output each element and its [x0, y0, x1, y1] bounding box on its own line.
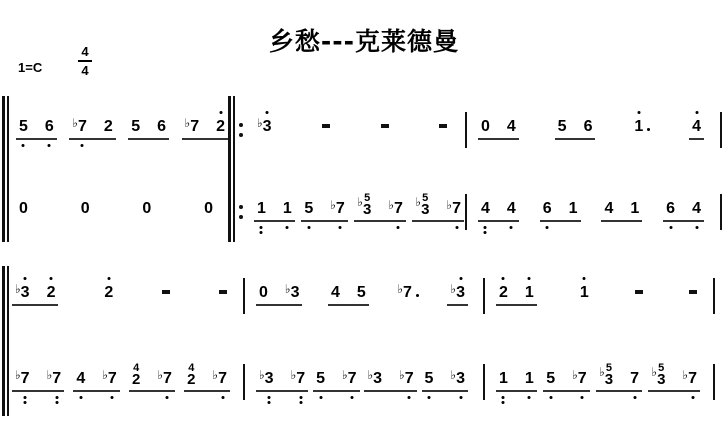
note: ♭3: [285, 285, 300, 301]
augmentation-dot: [416, 294, 419, 297]
note-digit: 3: [373, 371, 382, 387]
note-digit: 7: [163, 371, 172, 387]
note: ♭7: [102, 371, 117, 387]
note-group: 42♭7: [184, 363, 230, 392]
note-digit: 7: [348, 371, 357, 387]
note-group: 11: [254, 201, 295, 222]
sustain-dash: [439, 124, 447, 128]
note-digit: 6: [45, 119, 54, 135]
note-group: ♭3♭7: [256, 371, 308, 392]
octave-dot-below: [268, 396, 271, 399]
note-digit: 7: [688, 371, 697, 387]
note-group: [436, 124, 450, 140]
note-digit: 1: [283, 201, 292, 217]
note: ♭7: [291, 371, 306, 387]
repeat-barline: [228, 96, 231, 242]
octave-dot-below: [22, 144, 25, 147]
note-group: ♭72: [69, 119, 115, 140]
note-digit: 4: [692, 119, 701, 135]
note-group: ♭53♭7: [412, 193, 464, 222]
note: 1: [283, 201, 292, 217]
measure-barline: [720, 194, 722, 230]
measure-barline: [243, 278, 245, 314]
chord: 42: [132, 363, 140, 387]
measure: ♭3: [254, 106, 450, 140]
note: 1: [634, 119, 650, 135]
note-group: [686, 290, 700, 306]
note-group: 42♭7: [129, 363, 175, 392]
note: ♭7: [682, 371, 697, 387]
time-signature: 4 4: [76, 44, 94, 78]
note-group: 21: [496, 285, 537, 306]
time-signature-line: [78, 60, 92, 62]
note-digit: 2: [499, 285, 508, 301]
note-group: [216, 290, 230, 306]
note-group: 1: [631, 119, 653, 140]
note: ♭7: [15, 371, 30, 387]
note-group: ♭53♭7: [354, 193, 406, 222]
octave-dot-below: [221, 396, 224, 399]
note: ♭7: [342, 371, 357, 387]
note-digit: 3: [456, 371, 465, 387]
octave-dot-below: [24, 396, 27, 399]
sustain-dash: [689, 290, 697, 294]
note-digit: 5: [425, 371, 434, 387]
octave-dot-below: [319, 396, 322, 399]
note-group: ♭3: [447, 285, 468, 306]
note: 5: [131, 119, 140, 135]
rest: 0: [204, 201, 213, 217]
chord: 53: [657, 363, 665, 387]
sustain-dash: [322, 124, 330, 128]
note-digit: 0: [204, 201, 213, 217]
note-group: 56: [16, 119, 57, 140]
note-digit: 3: [265, 371, 274, 387]
key-signature: 1=C: [18, 60, 42, 75]
octave-dot-below: [307, 226, 310, 229]
octave-dot-below: [397, 226, 400, 229]
note-group: 5♭3: [422, 371, 468, 392]
note: ♭7: [72, 119, 87, 135]
octave-dot-below: [299, 396, 302, 399]
note-digit: 3: [291, 285, 300, 301]
note-group: 11: [496, 371, 537, 392]
measure: ♭7♭74♭742♭742♭7: [12, 358, 230, 392]
measure-barline: [713, 364, 715, 400]
note-digit: 5: [131, 119, 140, 135]
note: 42: [132, 363, 140, 387]
measure: 115♭7♭537♭53♭7: [496, 358, 700, 392]
octave-dot-above: [502, 277, 505, 280]
note-digit: 4: [507, 201, 516, 217]
octave-dot-above: [24, 277, 27, 280]
octave-dot-below: [268, 401, 271, 404]
note-group: 1: [577, 285, 592, 306]
note-digit: 4: [604, 201, 613, 217]
note-digit: 6: [666, 201, 675, 217]
note: 7: [630, 371, 639, 387]
octave-dot-above: [107, 277, 110, 280]
sustain-dash: [219, 290, 227, 294]
note: 1: [257, 201, 266, 217]
note-digit: 4: [76, 371, 85, 387]
octave-dot-below: [299, 401, 302, 404]
note-digit: 7: [403, 285, 412, 301]
chord: 53: [605, 363, 613, 387]
note-group: 0♭3: [256, 285, 302, 306]
measure-barline: [465, 194, 467, 230]
note-digit: 3: [456, 285, 465, 301]
octave-dot-below: [166, 396, 169, 399]
rest: 0: [81, 201, 90, 217]
time-signature-denominator: 4: [76, 63, 94, 78]
note: ♭7: [185, 119, 200, 135]
note-digit: 1: [257, 201, 266, 217]
note-digit: 1: [569, 201, 578, 217]
note-digit: 7: [336, 201, 345, 217]
rest: 0: [481, 119, 490, 135]
note-digit: 3: [21, 285, 30, 301]
note-digit: 7: [108, 371, 117, 387]
note-digit: 2: [104, 119, 113, 135]
note-digit: 1: [580, 285, 589, 301]
song-title: 乡愁---克莱德曼: [0, 22, 728, 58]
note: 2: [499, 285, 508, 301]
measure: ♭3♭75♭7♭3♭75♭3: [256, 358, 468, 392]
note-group: ♭3♭7: [364, 371, 416, 392]
note-digit: 7: [52, 371, 61, 387]
note-digit: 0: [81, 201, 90, 217]
measure: 045614: [478, 106, 704, 140]
note-group: 64: [663, 201, 704, 222]
measure-barline: [713, 278, 715, 314]
octave-dot-below: [260, 231, 263, 234]
note: 5: [304, 201, 313, 217]
note: ♭7: [399, 371, 414, 387]
repeat-barline: [233, 96, 235, 242]
note-digit: 5: [558, 119, 567, 135]
note: 6: [584, 119, 593, 135]
measure-barline: [465, 112, 467, 148]
augmentation-dot: [647, 128, 650, 131]
note-digit: 0: [142, 201, 151, 217]
note-group: 4♭7: [73, 371, 119, 392]
note-digit: 2: [216, 119, 225, 135]
measure: 211: [496, 272, 700, 306]
note-group: 61: [540, 201, 581, 222]
octave-dot-below: [111, 396, 114, 399]
octave-dot-below: [408, 396, 411, 399]
chord-bottom-digit: 3: [657, 373, 665, 387]
note-group: 0: [78, 201, 93, 222]
note-digit: 1: [499, 371, 508, 387]
note-digit: 2: [104, 285, 113, 301]
note-group: 0: [16, 201, 31, 222]
system-start-barline: [7, 96, 9, 242]
note-group: ♭53♭7: [648, 363, 700, 392]
measure: 56♭7256♭72: [16, 106, 228, 140]
note-digit: 5: [19, 119, 28, 135]
repeat-dot: [239, 205, 243, 209]
measure: 0000: [16, 188, 216, 222]
note: 6: [666, 201, 675, 217]
octave-dot-below: [484, 231, 487, 234]
note-digit: 7: [296, 371, 305, 387]
note-digit: 5: [304, 201, 313, 217]
octave-dot-below: [455, 226, 458, 229]
octave-dot-below: [48, 144, 51, 147]
note-digit: 5: [316, 371, 325, 387]
note: 4: [692, 119, 701, 135]
sustain-dash: [162, 290, 170, 294]
measure: ♭322: [12, 272, 230, 306]
note: 5: [316, 371, 325, 387]
note-digit: 7: [405, 371, 414, 387]
rest: 0: [142, 201, 151, 217]
note: 1: [499, 371, 508, 387]
note-digit: 4: [507, 119, 516, 135]
note-digit: 0: [259, 285, 268, 301]
note-group: 44: [478, 201, 519, 222]
note: 6: [45, 119, 54, 135]
octave-dot-below: [546, 226, 549, 229]
chord-bottom-digit: 2: [132, 373, 140, 387]
note-group: 45: [328, 285, 369, 306]
chord: 53: [363, 193, 371, 217]
note: 4: [692, 201, 701, 217]
note: ♭3: [257, 119, 272, 135]
octave-dot-below: [633, 396, 636, 399]
note-group: 5♭7: [313, 371, 359, 392]
octave-dot-above: [583, 277, 586, 280]
octave-dot-above: [50, 277, 53, 280]
measure: 44614164: [478, 188, 704, 222]
note-group: ♭32: [12, 285, 58, 306]
octave-dot-above: [528, 277, 531, 280]
note: 4: [76, 371, 85, 387]
octave-dot-above: [637, 111, 640, 114]
note: ♭7: [47, 371, 62, 387]
note-digit: 4: [331, 285, 340, 301]
sheet-music-page: 乡愁---克莱德曼 1=C 4 4 56♭7256♭72♭30456140000…: [0, 0, 728, 421]
note-digit: 7: [78, 119, 87, 135]
octave-dot-below: [81, 144, 84, 147]
note-digit: 7: [578, 371, 587, 387]
chord: 42: [187, 363, 195, 387]
octave-dot-above: [695, 111, 698, 114]
note: ♭3: [259, 371, 274, 387]
note: 5: [425, 371, 434, 387]
note: 2: [47, 285, 56, 301]
octave-dot-below: [502, 401, 505, 404]
octave-dot-below: [691, 396, 694, 399]
octave-dot-below: [339, 226, 342, 229]
octave-dot-below: [510, 226, 513, 229]
note: ♭3: [15, 285, 30, 301]
repeat-dot: [239, 215, 243, 219]
note-digit: 4: [692, 201, 701, 217]
note-group: [378, 124, 392, 140]
note: 2: [216, 119, 225, 135]
note: 2: [104, 119, 113, 135]
note: ♭53: [357, 193, 371, 217]
chord: 53: [421, 193, 429, 217]
system-start-barline: [2, 96, 5, 242]
note-digit: 5: [357, 285, 366, 301]
note: ♭7: [388, 201, 403, 217]
note-digit: 0: [19, 201, 28, 217]
note: 4: [604, 201, 613, 217]
chord-bottom-digit: 2: [187, 373, 195, 387]
note-group: 2: [101, 285, 116, 306]
time-signature-numerator: 4: [76, 44, 94, 59]
note: 1: [525, 371, 534, 387]
chord-bottom-digit: 3: [363, 203, 371, 217]
octave-dot-below: [55, 401, 58, 404]
note: 2: [104, 285, 113, 301]
note: 1: [580, 285, 589, 301]
note: ♭53: [599, 363, 613, 387]
note: 5: [558, 119, 567, 135]
octave-dot-above: [266, 111, 269, 114]
rest: 0: [19, 201, 28, 217]
system-start-barline: [7, 266, 9, 416]
note-digit: 6: [543, 201, 552, 217]
note-digit: 2: [47, 285, 56, 301]
note-digit: 7: [218, 371, 227, 387]
note-digit: 7: [21, 371, 30, 387]
note-digit: 6: [584, 119, 593, 135]
octave-dot-below: [79, 396, 82, 399]
octave-dot-below: [351, 396, 354, 399]
note-digit: 5: [546, 371, 555, 387]
octave-dot-below: [459, 396, 462, 399]
octave-dot-below: [669, 226, 672, 229]
measure-barline: [483, 364, 485, 400]
system-2: ♭3220♭345♭7♭3211♭7♭74♭742♭742♭7♭3♭75♭7♭3…: [0, 266, 728, 416]
note: 1: [569, 201, 578, 217]
rest: 0: [259, 285, 268, 301]
octave-dot-below: [502, 396, 505, 399]
measure-barline: [243, 364, 245, 400]
note-group: [632, 290, 646, 306]
note: ♭3: [367, 371, 382, 387]
octave-dot-below: [484, 226, 487, 229]
note-group: ♭3: [254, 119, 275, 140]
note-group: 0: [139, 201, 154, 222]
octave-dot-below: [528, 396, 531, 399]
note-digit: 4: [481, 201, 490, 217]
note-digit: 3: [263, 119, 272, 135]
octave-dot-below: [24, 401, 27, 404]
note-group: 4: [689, 119, 704, 140]
note-group: 56: [555, 119, 596, 140]
measure: 115♭7♭53♭7♭53♭7: [254, 188, 464, 222]
repeat-dot: [239, 133, 243, 137]
note: 4: [507, 119, 516, 135]
note-group: [319, 124, 333, 140]
note: ♭7: [446, 201, 461, 217]
note-group: 0: [201, 201, 216, 222]
note: 5: [357, 285, 366, 301]
note: 6: [157, 119, 166, 135]
note: 4: [507, 201, 516, 217]
note-digit: 1: [634, 119, 643, 135]
octave-dot-above: [219, 111, 222, 114]
sustain-dash: [635, 290, 643, 294]
note: 42: [187, 363, 195, 387]
note-group: 41: [601, 201, 642, 222]
note-group: 5♭7: [543, 371, 589, 392]
note: 1: [525, 285, 534, 301]
octave-dot-below: [260, 226, 263, 229]
chord-bottom-digit: 3: [421, 203, 429, 217]
note-digit: 7: [394, 201, 403, 217]
note: ♭53: [415, 193, 429, 217]
note-digit: 1: [525, 371, 534, 387]
note-group: 56: [128, 119, 169, 140]
measure-barline: [720, 112, 722, 148]
note: ♭3: [450, 371, 465, 387]
note-group: ♭537: [596, 363, 642, 392]
note-group: 5♭7: [301, 201, 347, 222]
measure: 0♭345♭7♭3: [256, 272, 468, 306]
octave-dot-below: [695, 226, 698, 229]
note-digit: 7: [190, 119, 199, 135]
repeat-dot: [239, 123, 243, 127]
octave-dot-below: [427, 396, 430, 399]
octave-dot-above: [459, 277, 462, 280]
note: ♭7: [397, 285, 419, 301]
note-group: ♭7♭7: [12, 371, 64, 392]
note-digit: 6: [157, 119, 166, 135]
note: ♭7: [572, 371, 587, 387]
system-1: 56♭7256♭72♭30456140000115♭7♭53♭7♭53♭7446…: [0, 96, 728, 242]
chord-bottom-digit: 3: [605, 373, 613, 387]
octave-dot-below: [55, 396, 58, 399]
note-digit: 7: [630, 371, 639, 387]
note: ♭7: [157, 371, 172, 387]
note: 6: [543, 201, 552, 217]
note-digit: 1: [525, 285, 534, 301]
note: 5: [546, 371, 555, 387]
note-group: ♭72: [182, 119, 228, 140]
note: 4: [481, 201, 490, 217]
note-group: [159, 290, 173, 306]
note: 4: [331, 285, 340, 301]
octave-dot-below: [581, 396, 584, 399]
note-digit: 1: [630, 201, 639, 217]
octave-dot-below: [549, 396, 552, 399]
note-group: 04: [478, 119, 519, 140]
note: ♭3: [450, 285, 465, 301]
octave-dot-below: [286, 226, 289, 229]
note: ♭7: [212, 371, 227, 387]
note-digit: 7: [452, 201, 461, 217]
note-group: ♭7: [394, 285, 422, 306]
note: 1: [630, 201, 639, 217]
note: ♭53: [651, 363, 665, 387]
note: 5: [19, 119, 28, 135]
sustain-dash: [381, 124, 389, 128]
system-start-barline: [2, 266, 5, 416]
note: ♭7: [330, 201, 345, 217]
measure-barline: [483, 278, 485, 314]
note-digit: 0: [481, 119, 490, 135]
